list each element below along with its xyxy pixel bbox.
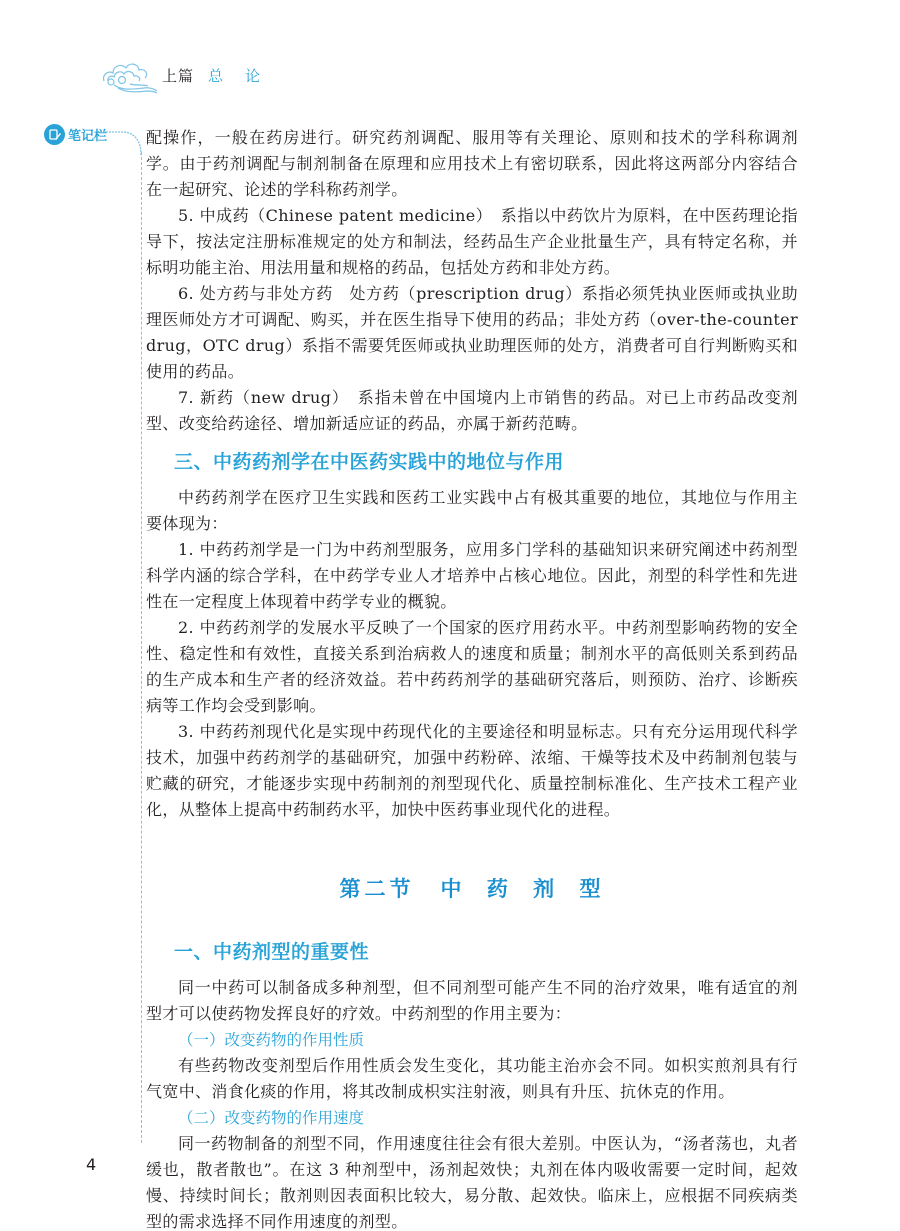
paragraph: 有些药物改变剂型后作用性质会发生变化，其功能主治亦会不同。如枳实煎剂具有行气宽中… — [146, 1053, 798, 1105]
running-header: 上篇 总论 — [100, 55, 282, 95]
list-item: 3. 中药药剂现代化是实现中药现代化的主要途径和明显标志。只有充分运用现代科学技… — [146, 719, 798, 823]
list-item: 2. 中药药剂学的发展水平反映了一个国家的医疗用药水平。中药剂型影响药物的安全性… — [146, 615, 798, 719]
page-body: 配操作，一般在药房进行。研究药剂调配、服用等有关理论、原则和技术的学科称调剂学。… — [146, 125, 798, 1231]
paragraph: 中药药剂学在医疗卫生实践和医药工业实践中占有极其重要的地位，其地位与作用主要体现… — [146, 485, 798, 537]
page-number: 4 — [86, 1155, 96, 1174]
section-number: 第二节 — [340, 877, 415, 901]
header-chapter-title: 总论 — [208, 65, 282, 86]
notes-column-label: 笔记栏 — [44, 124, 107, 145]
section-heading: 三、中药药剂学在中医药实践中的地位与作用 — [174, 447, 798, 477]
margin-curve-decoration — [100, 125, 145, 155]
list-item: 1. 中药药剂学是一门为中药剂型服务，应用多门学科的基础知识来研究阐述中药剂型科… — [146, 537, 798, 615]
paragraph: 同一中药可以制备成多种剂型，但不同剂型可能产生不同的治疗效果，唯有适宜的剂型才可… — [146, 975, 798, 1027]
subsection-heading: （二）改变药物的作用速度 — [178, 1105, 798, 1131]
header-part-label: 上篇 — [162, 65, 194, 86]
paragraph: 配操作，一般在药房进行。研究药剂调配、服用等有关理论、原则和技术的学科称调剂学。… — [146, 125, 798, 203]
subsection-heading: （一）改变药物的作用性质 — [178, 1027, 798, 1053]
definition-item: 7. 新药（new drug） 系指未曾在中国境内上市销售的药品。对已上市药品改… — [146, 385, 798, 437]
section-heading: 一、中药剂型的重要性 — [174, 937, 798, 967]
chapter-section-title: 第二节中 药 剂 型 — [146, 873, 798, 903]
paragraph: 同一药物制备的剂型不同，作用速度往往会有很大差别。中医认为，“汤者荡也，丸者缓也… — [146, 1131, 798, 1231]
notes-margin-line — [141, 152, 142, 1143]
pencil-note-icon — [44, 124, 65, 145]
section-name: 中 药 剂 型 — [441, 877, 605, 901]
cloud-ornament-icon — [100, 55, 158, 95]
definition-item: 6. 处方药与非处方药 处方药（prescription drug）系指必须凭执… — [146, 281, 798, 385]
definition-item: 5. 中成药（Chinese patent medicine） 系指以中药饮片为… — [146, 203, 798, 281]
